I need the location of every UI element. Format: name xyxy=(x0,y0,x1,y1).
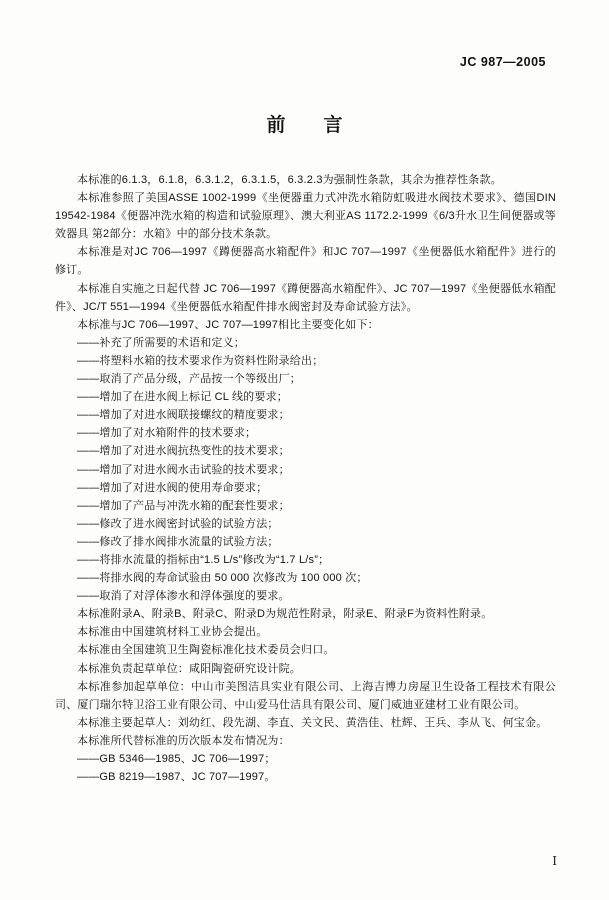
paragraph: 本标准由全国建筑卫生陶瓷标准化技术委员会归口。 xyxy=(55,641,556,659)
document-page: JC 987—2005 前 言 本标准的6.1.3，6.1.8，6.3.1.2，… xyxy=(0,0,609,900)
paragraph: 本标准的6.1.3，6.1.8，6.3.1.2，6.3.1.5，6.3.2.3为… xyxy=(55,171,556,189)
paragraph: ——GB 8219—1987、JC 707—1997。 xyxy=(55,768,556,786)
page-number: I xyxy=(552,854,557,868)
paragraph: ——将塑料水箱的技术要求作为资料性附录给出； xyxy=(55,352,556,370)
paragraph: ——取消了产品分级，产品按一个等级出厂； xyxy=(55,370,556,388)
paragraph: 本标准参加起草单位：中山市美图洁具实业有限公司、上海吉博力房屋卫生设备工程技术有… xyxy=(55,678,556,714)
paragraph: ——增加了对进水阀水击试验的技术要求； xyxy=(55,461,556,479)
paragraph: ——修改了进水阀密封试验的试验方法； xyxy=(55,515,556,533)
paragraph: 本标准负责起草单位：咸阳陶瓷研究设计院。 xyxy=(55,660,556,678)
standard-code: JC 987—2005 xyxy=(460,55,546,69)
paragraph: 本标准是对JC 706—1997《蹲便器高水箱配件》和JC 707—1997《坐… xyxy=(55,243,556,279)
paragraph: ——修改了排水阀排水流量的试验方法； xyxy=(55,533,556,551)
paragraph: ——增加了对水箱附件的技术要求； xyxy=(55,424,556,442)
paragraph: 本标准所代替标准的历次版本发布情况为： xyxy=(55,732,556,750)
paragraph: 本标准与JC 706—1997、JC 707—1997相比主要变化如下： xyxy=(55,316,556,334)
paragraph: ——增加了产品与冲洗水箱的配套性要求； xyxy=(55,497,556,515)
paragraph: ——增加了对进水阀抗热变性的技术要求； xyxy=(55,442,556,460)
paragraph: ——补充了所需要的术语和定义； xyxy=(55,334,556,352)
paragraph: ——将排水阀的寿命试验由 50 000 次修改为 100 000 次； xyxy=(55,569,556,587)
paragraph: ——将排水流量的指标由“1.5 L/s”修改为“1.7 L/s”； xyxy=(55,551,556,569)
paragraph: 本标准由中国建筑材料工业协会提出。 xyxy=(55,623,556,641)
paragraph: ——增加了在进水阀上标记 CL 线的要求； xyxy=(55,388,556,406)
paragraph: ——GB 5346—1985、JC 706—1997； xyxy=(55,750,556,768)
paragraph: 本标准主要起草人：刘幼红、段先湖、李直、关文民、黄浩佳、杜辉、王兵、李从飞、何宝… xyxy=(55,714,556,732)
paragraph: 本标准附录A、附录B、附录C、附录D为规范性附录，附录E、附录F为资料性附录。 xyxy=(55,605,556,623)
foreword-title: 前 言 xyxy=(0,110,609,137)
paragraph: ——增加了对进水阀联接螺纹的精度要求； xyxy=(55,406,556,424)
paragraph: 本标准自实施之日起代替 JC 706—1997《蹲便器高水箱配件》、JC 707… xyxy=(55,280,556,316)
foreword-body: 本标准的6.1.3，6.1.8，6.3.1.2，6.3.1.5，6.3.2.3为… xyxy=(55,171,556,786)
paragraph: ——取消了对浮体渗水和浮体强度的要求。 xyxy=(55,587,556,605)
paragraph: ——增加了对进水阀的使用寿命要求； xyxy=(55,479,556,497)
paragraph: 本标准参照了美国ASSE 1002-1999《坐便器重力式冲洗水箱防虹吸进水阀技… xyxy=(55,189,556,243)
